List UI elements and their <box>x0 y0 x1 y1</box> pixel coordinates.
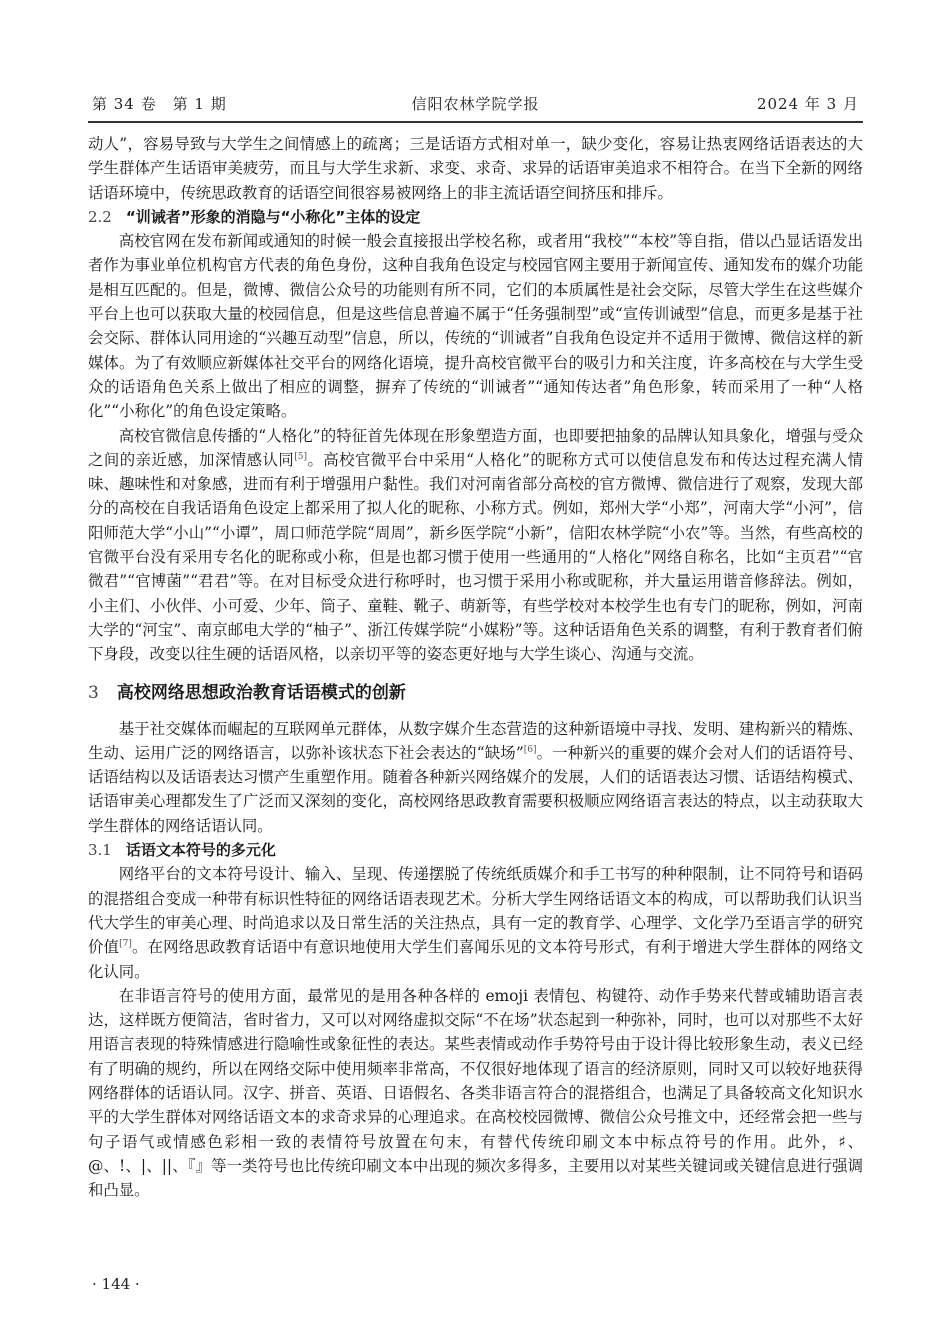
paragraph-text: 。在网络思政教育话语中有意识地使用大学生们喜闻乐见的文本符号形式，有利于增进大学… <box>88 938 863 980</box>
paragraph-continued: 动人”，容易导致与大学生之间情感上的疏离；三是话语方式相对单一，缺少变化，容易让… <box>88 132 863 205</box>
publication-date: 2024 年 3 月 <box>757 93 859 114</box>
section-heading-3: 3高校网络思想政治教育话语模式的创新 <box>88 681 863 705</box>
section-number: 3 <box>88 683 99 703</box>
section-heading-2-2: 2.2“训诫者”形象的消隐与“小称化”主体的设定 <box>88 205 863 229</box>
section-number: 3.1 <box>88 841 112 859</box>
running-header: 第 34 卷 第 1 期 信阳农林学院学报 2024 年 3 月 <box>88 93 863 115</box>
article-body: 动人”，容易导致与大学生之间情感上的疏离；三是话语方式相对单一，缺少变化，容易让… <box>88 132 863 1202</box>
citation-ref[interactable]: [5] <box>294 452 307 462</box>
section-title: 高校网络思想政治教育话语模式的创新 <box>117 683 406 703</box>
paragraph: 高校官网在发布新闻或通知的时候一般会直接报出学校名称，或者用“我校”“本校”等自… <box>88 229 863 423</box>
paragraph-text: 。高校官微平台中采用“人格化”的昵称方式可以使信息发布和传达过程充满人情味、趣味… <box>88 451 863 663</box>
journal-title: 信阳农林学院学报 <box>88 93 863 114</box>
paragraph: 在非语言符号的使用方面，最常见的是用各种各样的 emoji 表情包、构键符、动作… <box>88 984 863 1203</box>
section-heading-3-1: 3.1话语文本符号的多元化 <box>88 838 863 862</box>
paragraph: 高校官微信息传播的“人格化”的特征首先体现在形象塑造方面，也即要把抽象的品牌认知… <box>88 424 863 667</box>
paragraph: 基于社交媒体而崛起的互联网单元群体，从数字媒介生态营造的这种新语境中寻找、发明、… <box>88 717 863 838</box>
header-rule <box>88 121 863 123</box>
citation-ref[interactable]: [6] <box>524 745 537 755</box>
paragraph: 网络平台的文本符号设计、输入、呈现、传递摆脱了传统纸质媒介和手工书写的种种限制，… <box>88 862 863 983</box>
section-number: 2.2 <box>88 208 112 226</box>
page-number: · 144 · <box>92 1275 140 1293</box>
section-title: “训诫者”形象的消隐与“小称化”主体的设定 <box>126 208 420 226</box>
citation-ref[interactable]: [7] <box>119 939 132 949</box>
section-title: 话语文本符号的多元化 <box>126 841 276 859</box>
